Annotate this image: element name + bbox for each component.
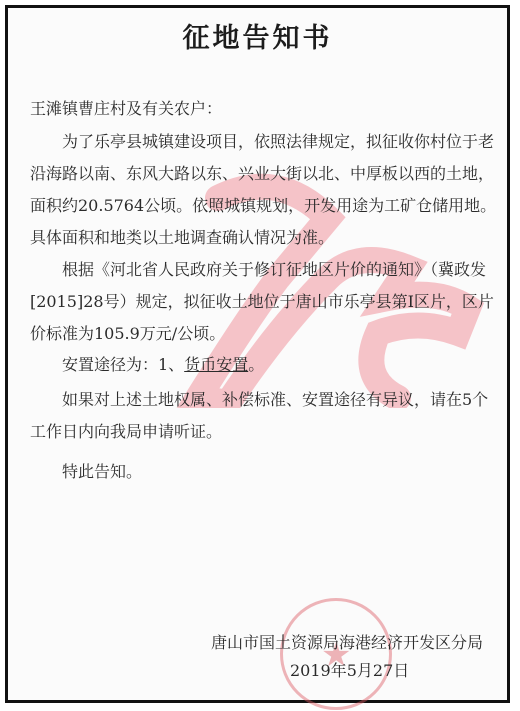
paragraph-price: 根据《河北省人民政府关于修订征地区片价的通知》（冀政发[2015]28号）规定，… [30, 254, 498, 350]
paragraph-project: 为了乐亭县城镇建设项目，依照法律规定，拟征收你村位于老沿海路以南、东风大路以东、… [30, 126, 498, 254]
official-seal: ★ [280, 598, 392, 710]
paragraph-resettlement: 安置途径为：1、货币安置。 [30, 350, 498, 380]
issue-date: 2019年5月27日 [290, 658, 520, 681]
issuing-organization: 唐山市国土资源局海港经济开发区分局 [183, 630, 483, 653]
paragraph-objection: 如果对上述土地权属、补偿标准、安置途径有异议，请在5个工作日内向我局申请听证。 [30, 384, 498, 448]
paragraph-closing: 特此告知。 [30, 456, 498, 488]
document-frame: 征地告知书 王滩镇曹庄村及有关农户： 为了乐亭县城镇建设项目，依照法律规定，拟征… [5, 5, 510, 703]
resettlement-method: 货币安置 [184, 355, 248, 374]
salutation: 王滩镇曹庄村及有关农户： [30, 96, 222, 119]
document-title: 征地告知书 [8, 16, 507, 55]
